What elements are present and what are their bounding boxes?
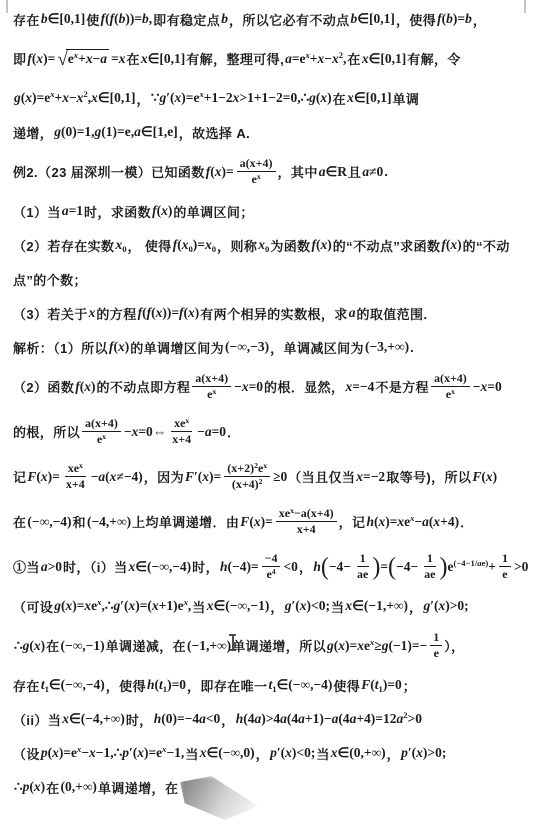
math-run: x <box>84 379 91 395</box>
chinese-text: 的单调区间； <box>173 202 253 221</box>
math-run: (−4,+∞) <box>87 514 131 530</box>
chinese-text: ，使得 <box>396 10 436 29</box>
chinese-text: 例2.（23 届深圳一模）已知函数 <box>13 162 205 181</box>
chinese-text: ， <box>387 744 400 763</box>
math-run: a <box>285 51 292 67</box>
chinese-text: 和 <box>73 512 86 531</box>
math-run: +4)=12 <box>356 711 396 727</box>
text-line-7: （2）若存在实数x0， 使得f(x0)=x0，则称x0为函数f(x)的“不动点”… <box>13 228 539 262</box>
math-run: +4) <box>242 477 259 491</box>
math-run: g <box>113 598 120 614</box>
math-run: g <box>14 90 21 106</box>
math-run: x <box>212 387 216 396</box>
math-text: ∴g(x) <box>14 638 45 654</box>
math-run: a <box>62 203 69 219</box>
fraction: xex−a(x+4)x+4 <box>276 506 337 537</box>
chinese-text: （3）若关于 <box>13 304 88 323</box>
math-run: )= <box>221 164 233 180</box>
math-run: +4 <box>178 432 191 446</box>
math-run: x <box>79 461 83 470</box>
math-run: )=e <box>144 745 162 761</box>
math-run: − <box>234 379 242 395</box>
chinese-text: ， <box>221 710 234 729</box>
superscript: x <box>410 513 414 523</box>
math-run: −1,∴ <box>96 745 122 761</box>
chinese-text: 时， <box>192 557 219 576</box>
math-run: ) <box>91 379 96 395</box>
math-run: ) <box>493 469 498 485</box>
math-run: x <box>97 597 101 607</box>
math-run: x <box>199 89 203 99</box>
chinese-text: ， <box>409 597 422 616</box>
math-run: (−1)=− <box>388 638 427 654</box>
math-run: (4 <box>287 711 298 727</box>
math-run: a <box>199 711 206 727</box>
fraction-numerator: xex <box>171 416 192 432</box>
math-run: ∴ <box>14 779 23 795</box>
math-run: ) <box>125 339 130 355</box>
chinese-text: 单调递减，在 <box>106 636 186 655</box>
math-text: (−3,+∞) <box>365 339 409 355</box>
math-run: x <box>362 51 369 67</box>
math-run: +4) <box>256 156 273 170</box>
chinese-text: 当 <box>316 744 329 763</box>
math-run: − <box>69 90 77 106</box>
i-beam-cursor[interactable] <box>228 634 237 651</box>
chinese-text: 的方程 <box>96 304 136 323</box>
superscript: 2 <box>339 50 343 60</box>
math-run: +1)e <box>159 598 184 614</box>
math-text: x∈(−4,+∞) <box>62 711 125 727</box>
math-run: ∈R <box>325 164 347 180</box>
fraction-denominator: ex <box>249 172 264 187</box>
math-run: x <box>356 469 363 485</box>
chinese-text: ，即存在唯一 <box>187 676 267 695</box>
math-run: x <box>242 379 249 395</box>
math-text: b∈[0,1] <box>351 11 395 27</box>
math-run: , <box>149 11 152 27</box>
math-run: −4− <box>329 559 351 575</box>
math-text: =x <box>111 51 125 67</box>
math-text: −x=0 <box>234 379 263 395</box>
chinese-text: 使 <box>86 10 99 29</box>
math-run: a <box>100 51 107 67</box>
math-run: g <box>159 90 166 106</box>
chinese-text: ）， <box>444 636 464 655</box>
chinese-text: 有解，整理可得, <box>186 49 284 68</box>
math-run: g <box>54 124 61 140</box>
math-run: ∈(−∞,0) <box>206 745 254 761</box>
math-text: F(t1)=0 <box>361 677 402 693</box>
fraction-numerator: (x+2)2ex <box>224 461 270 477</box>
math-text: (−1,+∞) <box>187 638 231 654</box>
math-run: x <box>258 237 265 253</box>
math-run: x <box>34 779 41 795</box>
math-run: x <box>318 51 325 67</box>
math-run: +4) <box>211 371 228 385</box>
math-run: b <box>142 11 149 27</box>
chinese-text: 在 <box>13 512 26 531</box>
chinese-text: 时，求函数 <box>84 202 151 221</box>
fraction-denominator: x+4 <box>169 432 194 447</box>
fraction: a(x+4)ex <box>431 371 470 402</box>
math-run: −4− <box>396 559 418 575</box>
math-text: = <box>380 559 388 575</box>
math-run: x <box>185 416 189 425</box>
math-run: ) <box>327 90 332 106</box>
math-run: x <box>207 598 214 614</box>
math-run: ) <box>195 305 200 321</box>
math-run: x <box>86 51 93 67</box>
math-run: 2 <box>403 710 407 720</box>
chinese-text: 时， <box>126 710 153 729</box>
math-text: F′(x)= <box>185 469 221 485</box>
math-text: a∈R <box>319 164 347 180</box>
chinese-text: ， <box>270 597 283 616</box>
math-run: x <box>290 506 294 515</box>
chinese-text: ，使得 <box>106 676 146 695</box>
text-line-15: ①当a>0时，（i）当x∈(−∞,−4)时，h(−4)=−4e4<0，h(−4−… <box>13 544 539 589</box>
math-text: h(t1)=0 <box>147 677 186 693</box>
fraction-numerator: a(x+4) <box>237 156 276 172</box>
math-run: p <box>270 745 277 761</box>
chinese-text: 当 <box>185 744 198 763</box>
math-run: x <box>62 711 69 727</box>
math-run: =0 <box>487 379 501 395</box>
math-text: f(x0)=x0 <box>173 237 216 253</box>
math-run: <0 <box>283 559 297 575</box>
math-run: x <box>233 90 240 106</box>
math-text: f(f(x))=f(x) <box>138 305 200 321</box>
math-run: x <box>285 745 292 761</box>
math-run: x <box>188 305 195 321</box>
math-run: ∈(−∞,−4) <box>49 677 105 693</box>
fraction-numerator: 1 <box>357 551 369 567</box>
math-run: 1 <box>45 684 49 694</box>
math-run: x <box>370 637 374 647</box>
math-run: (−∞,−4) <box>27 514 71 530</box>
math-text: g(0)=1,g(1)=e,a∈[1,e] <box>54 124 178 140</box>
math-run: ∈[0,1] <box>148 51 186 67</box>
math-run: (0,+∞) <box>61 779 97 795</box>
math-run: a <box>350 711 357 727</box>
math-run: x <box>110 469 117 485</box>
math-run: x <box>263 461 267 470</box>
chinese-text: ， 使得 <box>128 236 172 255</box>
math-run: F <box>185 469 194 485</box>
math-run: a <box>205 424 212 440</box>
superscript: x <box>102 432 106 442</box>
chinese-text: 有解，令 <box>407 49 461 68</box>
math-run: x <box>345 598 352 614</box>
big-paren: ( <box>321 554 329 579</box>
math-run: x <box>378 514 385 530</box>
math-run: >1+1−2=0,∴ <box>239 90 309 106</box>
chinese-text: （1）当 <box>13 202 61 221</box>
superscript: x <box>212 387 216 397</box>
math-text: f(b)=b <box>437 11 472 27</box>
math-run: 1 <box>272 684 276 694</box>
math-text: x <box>89 305 96 321</box>
fraction-denominator: e <box>499 567 510 582</box>
math-text: (0,+∞) <box>61 779 97 795</box>
math-text: t1∈(−∞,−4) <box>268 677 332 693</box>
chinese-text: （设 <box>13 744 40 763</box>
math-text: ≥0 <box>273 469 287 485</box>
text-line-16: （可设g(x)=xex,∴g′(x)=(x+1)ex,当x∈(−∞,−1)，g′… <box>13 589 539 623</box>
math-run: h <box>220 559 228 575</box>
math-run: )=e <box>32 90 50 106</box>
math-run: x <box>175 90 182 106</box>
i-beam-stem <box>232 635 234 650</box>
superscript: x <box>162 744 166 754</box>
radical: √ex+x−a <box>57 49 109 68</box>
text-line-20: （设p(x)=ex−x−1,∴p′(x)=ex−1,当x∈(−∞,0)，p′(x… <box>13 736 539 770</box>
math-text: x∈[0,1] <box>347 90 391 106</box>
math-run: =0 <box>249 379 263 395</box>
superscript: x <box>451 387 455 397</box>
math-run: − <box>294 506 301 520</box>
math-run: x <box>102 432 106 441</box>
math-run: 4 <box>272 567 276 576</box>
math-run: x <box>118 339 125 355</box>
chinese-text: 存在 <box>13 676 40 695</box>
math-run: 1 <box>379 684 383 694</box>
math-text: p′(x)<0; <box>270 745 315 761</box>
math-run: ) <box>168 203 173 219</box>
math-run: b <box>119 11 126 27</box>
math-run: x <box>152 598 159 614</box>
subscript: 0 <box>188 244 192 254</box>
chinese-text: 在 <box>347 49 360 68</box>
chinese-text: 单调 <box>392 89 419 108</box>
superscript: x <box>370 637 374 647</box>
math-run: x <box>36 51 43 67</box>
superscript: 2 <box>259 477 263 487</box>
math-run: b <box>221 11 228 27</box>
math-run: − <box>81 745 89 761</box>
fraction-denominator: ex <box>94 432 109 447</box>
superscript: x <box>77 744 81 754</box>
math-run: (−4−1/ <box>454 558 478 568</box>
fraction-denominator: e4 <box>263 567 278 582</box>
math-run: = <box>380 559 388 575</box>
chinese-text: 的不动点即方程 <box>96 377 190 396</box>
math-run: x <box>128 598 135 614</box>
chinese-text: ，故选择 A. <box>179 123 250 142</box>
superscript: x <box>184 597 188 607</box>
math-run: −1, <box>166 745 184 761</box>
math-run: ) <box>327 237 332 253</box>
fraction-denominator: ex <box>204 387 219 402</box>
chinese-text: 在 <box>46 778 59 797</box>
chinese-text: ，所以它必有不动点 <box>229 10 350 29</box>
math-run: e <box>430 567 435 581</box>
math-run: + <box>78 51 86 67</box>
math-run: ∈(−∞,−4) <box>277 677 333 693</box>
math-run: +2) <box>237 461 254 475</box>
superscript: x <box>79 461 83 471</box>
math-text: h(−4)= <box>220 559 259 575</box>
math-run: x <box>338 638 345 654</box>
math-text: h(0)=−4a<0 <box>154 711 221 727</box>
math-text: x∈[0,1] <box>362 51 406 67</box>
math-run: ′( <box>277 745 285 761</box>
text-line-10: 解析：（1）所以f(x)的单调增区间为(−∞,−3)，单调减区间为(−3,+∞)… <box>13 330 539 364</box>
math-run: a <box>319 164 326 180</box>
math-run: x <box>161 203 168 219</box>
text-line-18: 存在t1∈(−∞,−4)，使得h(t1)=0，即存在唯一t1∈(−∞,−4)使得… <box>13 668 539 702</box>
math-run: =−4 <box>352 379 374 395</box>
math-run: >0 <box>514 559 528 575</box>
math-text: p′(x)>0; <box>401 745 446 761</box>
math-run: +4 <box>303 522 316 536</box>
math-run: 0 <box>212 244 216 254</box>
chinese-text: 的“不动 <box>463 236 510 255</box>
superscript: 4 <box>272 567 276 577</box>
math-text: <0 <box>283 559 297 575</box>
math-text: a>0 <box>41 559 62 575</box>
fraction-denominator: x+4 <box>63 477 88 492</box>
chinese-text: ， <box>256 744 269 763</box>
chinese-text: 的取值范围. <box>356 304 427 323</box>
superscript: x <box>290 506 294 516</box>
math-run: )= <box>48 469 60 485</box>
chinese-text: ，其中 <box>278 162 318 181</box>
math-run: )= <box>261 514 273 530</box>
math-run: )>0; <box>445 598 468 614</box>
math-run: x <box>115 237 122 253</box>
subscript: 0 <box>265 244 269 254</box>
text-line-6: （1）当a=1时，求函数f(x)的单调区间； <box>13 194 539 228</box>
math-text: x0 <box>115 237 126 253</box>
i-beam-cap-bottom <box>229 649 236 651</box>
chinese-text: 在 <box>46 636 59 655</box>
fraction-denominator: e <box>431 646 442 661</box>
math-run: a <box>332 711 339 727</box>
math-text: −x=0⇔ <box>124 424 166 440</box>
math-run: ∴ <box>14 638 23 654</box>
math-text: g′(x)>0; <box>423 598 468 614</box>
math-run: )=0 <box>383 677 402 693</box>
text-line-8: 点”的个数； <box>13 262 539 296</box>
math-run: (4 <box>338 711 349 727</box>
chinese-text: 的单调增区间为 <box>130 338 224 357</box>
math-run: ∈(−∞,−1) <box>213 598 269 614</box>
math-run: )<0; <box>307 598 330 614</box>
math-run: )= <box>193 237 205 253</box>
math-run: x <box>331 745 338 761</box>
page-margin-mark-left <box>6 0 8 13</box>
math-run: F <box>472 469 481 485</box>
math-text: ∵g′(x)=ex+1−2x>1+1−2=0,∴g(x) <box>151 90 332 106</box>
math-run: F <box>27 469 36 485</box>
math-run: h <box>236 711 244 727</box>
superscript: x <box>74 50 78 60</box>
math-run: − <box>124 424 132 440</box>
math-run: h <box>154 711 162 727</box>
math-run: ∈[0,1] <box>369 51 407 67</box>
chinese-text: 单调递增，在 <box>98 778 178 797</box>
math-run: (−∞,−3) <box>225 339 269 355</box>
math-run: x <box>345 379 352 395</box>
math-text: p(x)=ex−x−1,∴p′(x)=ex−1, <box>41 745 185 761</box>
chinese-text: ． <box>460 512 473 531</box>
math-run: h <box>366 514 374 530</box>
math-run: (−3,+∞) <box>365 339 409 355</box>
fraction-denominator: ae <box>354 567 371 582</box>
math-text: h <box>313 559 321 575</box>
math-run: ≥0 <box>273 469 287 485</box>
math-text: a≠0 <box>362 164 383 180</box>
text-line-13: 记F(x)=xexx+4−a(x≠−4)，因为F′(x)=(x+2)2ex(x+… <box>13 454 539 499</box>
text-line-17: ∴g(x)在(−∞,−1)单调递减，在(−1,+∞)单调递增，所以g(x)=xe… <box>13 623 539 668</box>
math-run: x <box>77 744 81 754</box>
chinese-text: 为函数 <box>270 236 310 255</box>
superscript: (−4−1/ae) <box>454 558 489 568</box>
math-run: (4 <box>243 711 254 727</box>
math-run: )= <box>385 514 397 530</box>
math-text: −4− <box>396 559 418 575</box>
math-run: (−∞,−1) <box>61 638 105 654</box>
math-text: −a=0 <box>197 424 226 440</box>
math-text: −x=0 <box>473 379 502 395</box>
chinese-text: ， <box>299 557 312 576</box>
superscript: x <box>50 89 54 99</box>
superscript: x <box>257 172 261 182</box>
chinese-text: 时，（i）当 <box>63 557 128 576</box>
chinese-text: 递增， <box>13 123 53 142</box>
math-text: >0 <box>514 559 528 575</box>
math-run: 2 <box>259 477 263 486</box>
subscript: 0 <box>122 244 126 254</box>
superscript: x <box>263 461 267 471</box>
math-text: b∈[0,1] <box>41 11 85 27</box>
chinese-text: ， <box>473 10 486 29</box>
math-run: x <box>451 387 455 396</box>
math-text: g(x)=xex≥g(−1)=− <box>327 638 427 654</box>
math-run: p <box>23 779 30 795</box>
math-text: x∈(−∞,−1) <box>207 598 270 614</box>
chinese-text: （2）若存在实数 <box>13 236 114 255</box>
math-run: a <box>396 711 403 727</box>
math-run: ))= <box>162 305 179 321</box>
math-run: (0)=−4 <box>161 711 199 727</box>
subscript: 1 <box>272 684 276 694</box>
math-run: g <box>382 638 389 654</box>
fraction: 1ae <box>354 551 371 582</box>
math-text: F(x)= <box>240 514 272 530</box>
math-run: x <box>215 164 222 180</box>
math-text: −4− <box>329 559 351 575</box>
math-text: −a(x≠−4) <box>91 469 143 485</box>
math-run: a <box>134 124 141 140</box>
text-line-19: （ii）当x∈(−4,+∞)时，h(0)=−4a<0，h(4a)>4a(4a+1… <box>13 702 539 736</box>
fraction-numerator: a(x+4) <box>192 371 231 387</box>
math-run: x <box>306 50 310 60</box>
math-run: )=e <box>181 90 199 106</box>
math-run: +4) <box>101 416 118 430</box>
radical-sign: √ <box>57 50 67 69</box>
math-run: x <box>119 51 126 67</box>
chinese-text: . <box>384 164 388 179</box>
fraction-numerator: 1 <box>499 551 511 567</box>
fraction: xexx+4 <box>63 461 88 492</box>
fraction: 1ae <box>421 551 438 582</box>
superscript: x <box>199 89 203 99</box>
chinese-text: ，因为 <box>144 467 184 486</box>
math-text: (−∞,−3) <box>225 339 269 355</box>
